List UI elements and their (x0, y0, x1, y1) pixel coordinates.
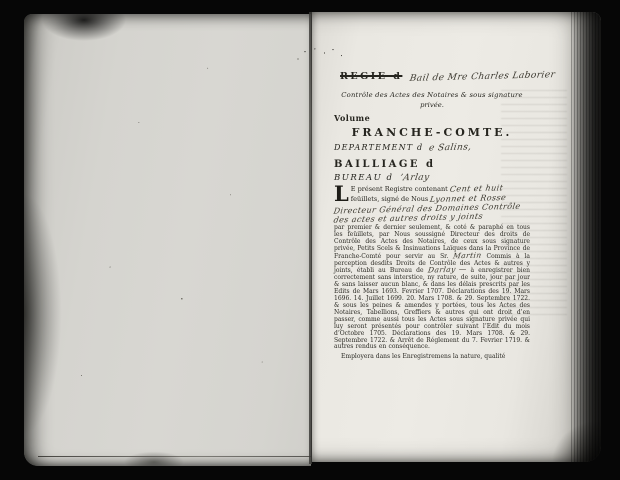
page-edge-streaks (571, 12, 601, 462)
province-title: FRANCHE-COMTE. (334, 126, 530, 139)
regie-label-struck: REGIE d (340, 71, 402, 82)
bureau-line: BUREAU d ’Arlay (334, 173, 530, 183)
departement-line: DEPARTEMENT d e Salins, (334, 143, 530, 153)
scanned-register-photo: REGIE d Bail de Mre Charles Laborier Con… (0, 0, 620, 480)
paper-speckles (24, 14, 311, 466)
commis-name-handwritten: Martin (453, 252, 483, 260)
controle-subtitle-line1: Contrôle des Actes des Notaires & sous s… (334, 91, 530, 99)
opening-line2-printed: feüillets, signé de Nous (351, 195, 428, 203)
opening-line1-printed: E présent Registre contenant (351, 185, 448, 193)
closing-line: Employera dans les Enregistremens la nat… (334, 354, 530, 361)
register-declaration: L E présent Registre contenant Cent et h… (334, 184, 530, 361)
left-blank-page (24, 14, 311, 466)
dropcap-initial: L (334, 185, 349, 202)
opening-block: L E présent Registre contenant Cent et h… (334, 184, 530, 222)
right-printed-page: REGIE d Bail de Mre Charles Laborier Con… (312, 12, 601, 462)
bailliage-line: BAILLIAGE d (334, 159, 530, 170)
declaration-paragraph: par premier & dernier seulement, & coté … (334, 225, 530, 351)
text-column: REGIE d Bail de Mre Charles Laborier Con… (334, 12, 530, 462)
page-bottom-edge (38, 456, 311, 457)
bureau-handwritten-entry: ’Arlay (399, 173, 430, 184)
regie-handwritten-entry: Bail de Mre Charles Laborier (409, 70, 556, 84)
paragraph-seg3: à enregistrer bien correctement sans int… (334, 267, 530, 350)
controle-subtitle-line2: privée. (334, 101, 530, 109)
opening-line1-handwritten: Cent et huit (449, 183, 504, 193)
regie-line: REGIE d Bail de Mre Charles Laborier (334, 64, 530, 83)
departement-handwritten-entry: e Salins, (428, 142, 472, 153)
departement-label: DEPARTEMENT d (334, 143, 423, 152)
volume-label: Volume (334, 113, 530, 123)
